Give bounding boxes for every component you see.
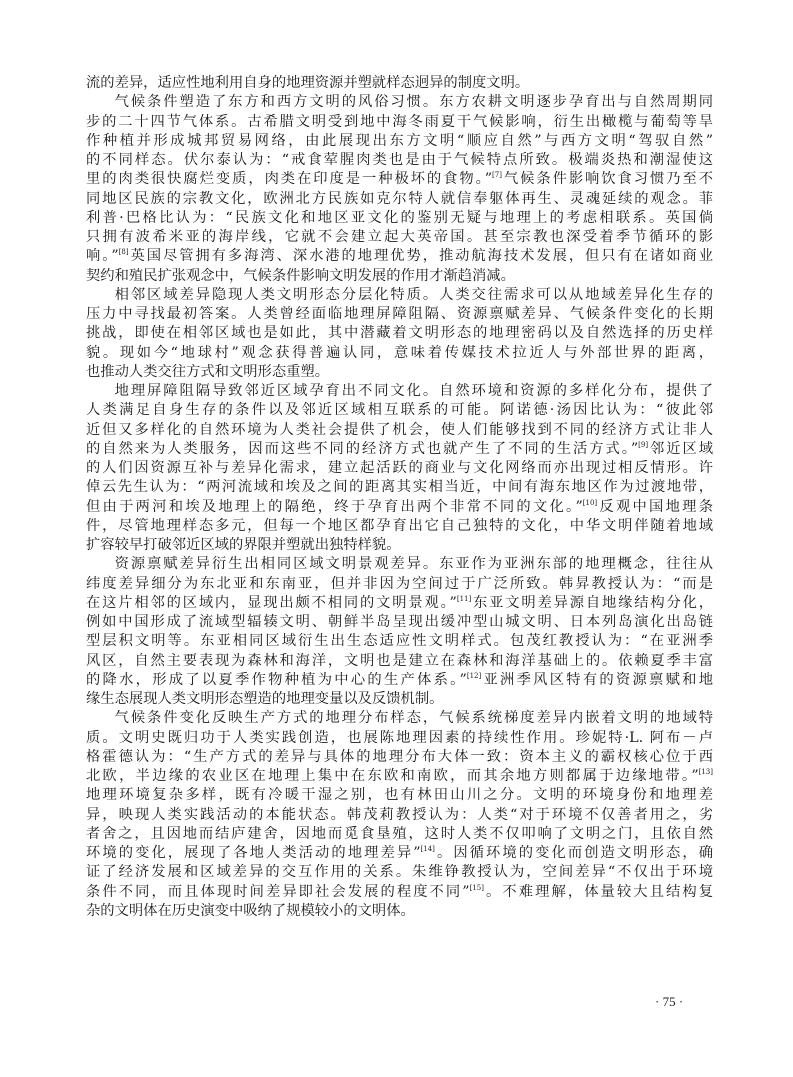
text-line: 扩容较早打破邻近区域的界限并塑就出独特样貌。 bbox=[86, 536, 713, 555]
footnote-ref: [10] bbox=[583, 499, 597, 507]
footnote-ref: [11] bbox=[457, 595, 471, 603]
text-line: 异，映现人类实践活动的本能状态。韩茂莉教授认为：人类“对于环境不仅善者用之，劣 bbox=[86, 806, 713, 825]
text-line: 响。”[8]英国尽管拥有多海湾、深水港的地理优势，推动航海技术发展，但只有在诸如… bbox=[86, 247, 713, 266]
text-line: 格霍德认为：“生产方式的差异与具体的地理分布大体一致：资本主义的霸权核心位于西 bbox=[86, 748, 713, 767]
text-line: 环境的变化，展现了各地人类活动的地理差异”[14]。因循环境的变化而创造文明形态… bbox=[86, 844, 713, 863]
footnote-ref: [13] bbox=[699, 768, 713, 776]
text-line: 地理屏障阻隔导致邻近区域孕育出不同文化。自然环境和资源的多样化分布，提供了 bbox=[86, 382, 713, 401]
text-line: 证了经济发展和区域差异的交互作用的关系。朱维铮教授认为，空间差异“不仅出于环境 bbox=[86, 863, 713, 882]
text-line: 纬度差异细分为东北亚和东南亚，但并非因为空间过于广泛所致。韩昇教授认为：“而是 bbox=[86, 575, 713, 594]
text-line: 的自然来为人类服务，因而这些不同的经济方式也就产生了不同的生活方式。”[9]邻近… bbox=[86, 440, 713, 459]
text-line: 但由于两河和埃及地理上的隔绝，终于孕育出两个非常不同的文化。”[10]反观中国地… bbox=[86, 498, 713, 517]
text-line: 近但又多样化的自然环境为人类社会提供了机会，使人们能够找到不同的经济方式让非人 bbox=[86, 421, 713, 440]
text-line: 气候条件塑造了东方和西方文明的风俗习惯。东方农耕文明逐步孕育出与自然周期同 bbox=[86, 93, 713, 112]
text-line: 的不同样态。伏尔泰认为：“戒食荤腥肉类也是由于气候特点所致。极端炎热和潮湿使这 bbox=[86, 151, 713, 170]
text-line: 倬云先生认为：“两河流域和埃及之间的距离其实相当近，中间有海东地区作为过渡地带， bbox=[86, 478, 713, 497]
footnote-ref: [7] bbox=[492, 171, 502, 179]
text-line: 型层积文明等。东亚相同区域衍生出生态适应性文明样式。包茂红教授认为：“在亚洲季 bbox=[86, 632, 713, 651]
text-line: 缘生态展现人类文明形态塑造的地理变量以及反馈机制。 bbox=[86, 690, 713, 709]
text-line: 的降水，形成了以夏季作物种植为中心的生产体系。”[12]亚洲季风区特有的资源禀赋… bbox=[86, 671, 713, 690]
footnote-ref: [14] bbox=[421, 845, 435, 853]
text-line: 条件不同，而且体现时间差异即社会发展的程度不同”[15]。不难理解，体量较大且结… bbox=[86, 883, 713, 902]
text-line: 在这片相邻的区域内，显现出颇不相同的文明景观。”[11]东亚文明差异源自地缘结构… bbox=[86, 594, 713, 613]
text-line: 的人们因资源互补与差异化需求，建立起活跃的商业与文化网络而亦出现过相反情形。许 bbox=[86, 459, 713, 478]
text-line: 压力中寻找最初答案。人类曾经面临地理屏障阻隔、资源禀赋差异、气候条件变化的长期 bbox=[86, 305, 713, 324]
text-line: 流的差异，适应性地利用自身的地理资源并塑就样态迥异的制度文明。 bbox=[86, 74, 713, 93]
text-line: 只拥有波希米亚的海岸线，它就不会建立起大英帝国。甚至宗教也深受着季节循环的影 bbox=[86, 228, 713, 247]
text-line: 杂的文明体在历史演变中吸纳了规模较小的文明体。 bbox=[86, 902, 713, 921]
text-line: 作种植并形成城邦贸易网络，由此展现出东方文明“顺应自然”与西方文明“驾驭自然” bbox=[86, 132, 713, 151]
text-line: 同地区民族的宗教文化，欧洲北方民族如克尔特人就信奉躯体再生、灵魂延续的观念。菲 bbox=[86, 190, 713, 209]
text-line: 气候条件变化反映生产方式的地理分布样态，气候系统梯度差异内嵌着文明的地域特 bbox=[86, 709, 713, 728]
footnote-ref: [15] bbox=[470, 884, 484, 892]
text-line: 貌。现如今“地球村”观念获得普遍认同，意味着传媒技术拉近人与外部世界的距离， bbox=[86, 344, 713, 363]
text-line: 契约和殖民扩张观念中，气候条件影响文明发展的作用才渐趋消减。 bbox=[86, 267, 713, 286]
text-line: 地理环境复杂多样，既有冷暖干湿之别，也有林田山川之分。文明的环境身份和地理差 bbox=[86, 786, 713, 805]
text-line: 步的二十四节气体系。古希腊文明受到地中海冬雨夏干气候影响，衍生出橄榄与葡萄等旱 bbox=[86, 113, 713, 132]
text-line: 利普·巴格比认为：“民族文化和地区亚文化的鉴别无疑与地理上的考虑相联系。英国倘 bbox=[86, 209, 713, 228]
text-line: 里的肉类很快腐烂变质，肉类在印度是一种极坏的食物。”[7]气候条件影响饮食习惯乃… bbox=[86, 170, 713, 189]
article-body: 流的差异，适应性地利用自身的地理资源并塑就样态迥异的制度文明。气候条件塑造了东方… bbox=[86, 74, 713, 921]
text-line: 者舍之，且因地而结庐建舍，因地而觅食垦殖，这时人类不仅叩响了文明之门，且依自然 bbox=[86, 825, 713, 844]
footnote-ref: [9] bbox=[638, 441, 648, 449]
page-number: · 75 · bbox=[655, 994, 683, 1010]
text-line: 人类满足自身生存的条件以及邻近区域相互联系的可能。阿诺德·汤因比认为：“彼此邻 bbox=[86, 401, 713, 420]
text-line: 北欧，半边缘的农业区在地理上集中在东欧和南欧，而其余地方则都属于边缘地带。”[1… bbox=[86, 767, 713, 786]
text-line: 风区，自然主要表现为森林和海洋，文明也是建立在森林和海洋基础上的。依赖夏季丰富 bbox=[86, 652, 713, 671]
text-line: 相邻区域差异隐现人类文明形态分层化特质。人类交往需求可以从地域差异化生存的 bbox=[86, 286, 713, 305]
text-line: 质。文明史既归功于人类实践创造，也展陈地理因素的持续性作用。珍妮特·L. 阿布－… bbox=[86, 729, 713, 748]
footnote-ref: [8] bbox=[119, 248, 129, 256]
text-line: 挑战，即使在相邻区域也是如此，其中潜藏着文明形态的地理密码以及自然选择的历史样 bbox=[86, 324, 713, 343]
text-line: 例如中国形成了流域型辐辏文明、朝鲜半岛呈现出缓冲型山城文明、日本列岛演化出岛链 bbox=[86, 613, 713, 632]
text-line: 资源禀赋差异衍生出相同区域文明景观差异。东亚作为亚洲东部的地理概念，往往从 bbox=[86, 555, 713, 574]
text-line: 也推动人类交往方式和文明形态重塑。 bbox=[86, 363, 713, 382]
footnote-ref: [12] bbox=[467, 672, 481, 680]
text-line: 件，尽管地理样态多元，但每一个地区都孕育出它自己独特的文化，中华文明伴随着地域 bbox=[86, 517, 713, 536]
